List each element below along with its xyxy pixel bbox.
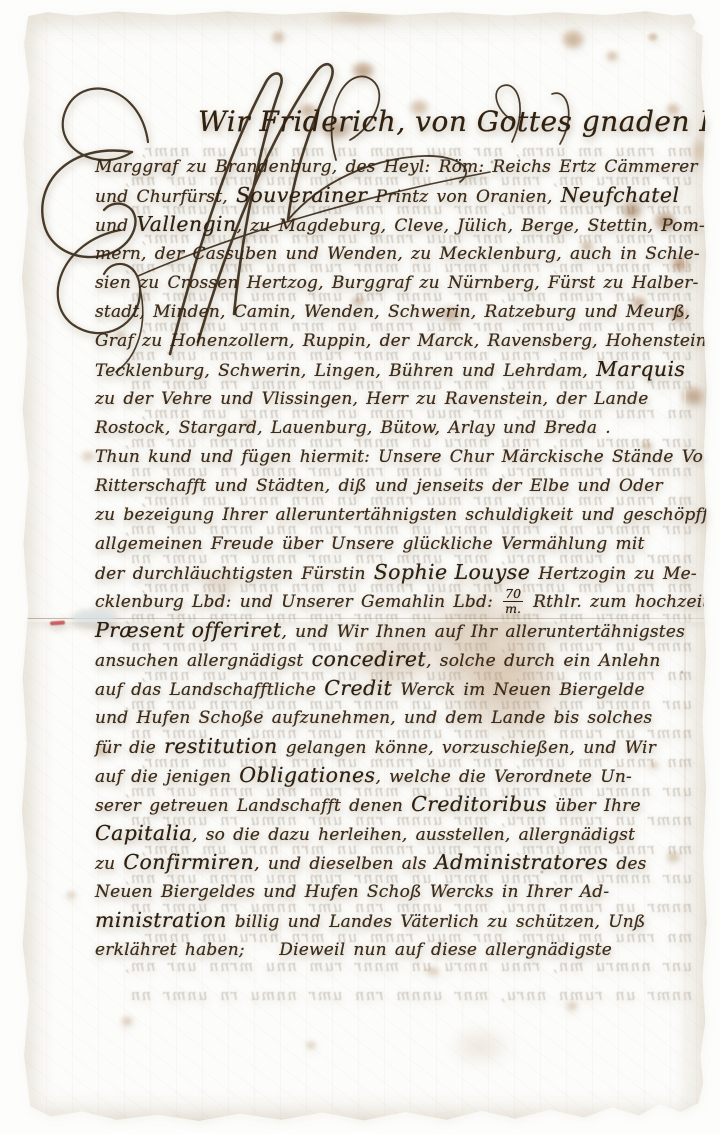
latin-script-word: Souverainer: [236, 183, 367, 207]
manuscript-page: mn rnnu nm unrm, nnr muu rnnm un mrn nnr…: [20, 10, 708, 1122]
foxing-stain: [605, 50, 619, 62]
latin-script-word: Neufchatel: [561, 183, 680, 207]
manuscript-line: Rostock, Stargard, Lauenburg, Bütow, Arl…: [95, 413, 695, 442]
kurrent-script-text: Werck im Neuen Biergelde: [392, 680, 645, 700]
kurrent-script-text: Rthlr. zum hochzeit: [525, 592, 709, 612]
manuscript-line: Tecklenburg, Schwerin, Lingen, Bühren un…: [95, 355, 695, 384]
manuscript-headline: Wir Friderich, von Gottes gnaden König i…: [95, 96, 695, 148]
manuscript-line: Marggraf zu Brandenburg, des Heyl: Röm: …: [95, 152, 695, 181]
kurrent-script-text: gelangen könne, vorzuschießen, und Wir: [278, 738, 656, 758]
manuscript-line: Thun kund und fügen hiermit: Unsere Chur…: [95, 442, 695, 471]
foxing-stain: [425, 965, 441, 977]
kurrent-script-text: des: [608, 854, 646, 874]
foxing-stain: [565, 1000, 579, 1012]
kurrent-script-text: Hertzogin zu Me-: [530, 564, 697, 584]
kurrent-script-text: Rostock, Stargard, Lauenburg, Bütow, Arl…: [95, 418, 611, 438]
kurrent-script-text: Thun kund und fügen hiermit: Unsere Chur…: [95, 447, 714, 467]
kurrent-script-text: auf die jenigen: [95, 767, 239, 787]
manuscript-line: erklähret haben; Dieweil nun auf diese a…: [95, 935, 695, 964]
kurrent-script-text: Neuen Biergeldes und Hufen Schoß Wercks …: [95, 882, 609, 902]
red-ink-mark: [50, 620, 65, 625]
kurrent-script-text: stadt, Minden, Camin, Wenden, Schwerin, …: [95, 302, 690, 322]
kurrent-script-text: Ritterschafft und Städten, diß und jense…: [95, 476, 663, 496]
kurrent-script-text: , und Wir Ihnen auf Ihr alleruntertähnig…: [281, 622, 685, 642]
manuscript-line: stadt, Minden, Camin, Wenden, Schwerin, …: [95, 297, 695, 326]
kurrent-script-text: allgemeinen Freude über Unsere glücklich…: [95, 534, 645, 554]
manuscript-line: cklenburg Lbd: und Unserer Gemahlin Lbd:…: [95, 587, 695, 616]
manuscript-line: allgemeinen Freude über Unsere glücklich…: [95, 529, 695, 558]
kurrent-script-text: auf das Landschafftliche: [95, 680, 324, 700]
manuscript-line: Graf zu Hohenzollern, Ruppin, der Marck,…: [95, 326, 695, 355]
manuscript-page-wrap: mn rnnu nm unrm, nnr muu rnnm un mrn nnr…: [20, 10, 708, 1122]
manuscript-line: sien zu Crossen Hertzog, Burggraf zu Nür…: [95, 268, 695, 297]
kurrent-script-text: ansuchen allergnädigst: [95, 651, 312, 671]
manuscript-line: und Vallengin, zu Magdeburg, Cleve, Jüli…: [95, 210, 695, 239]
scanned-document-background: mn rnnu nm unrm, nnr muu rnnm un mrn nnr…: [0, 0, 720, 1134]
kurrent-script-text: Graf zu Hohenzollern, Ruppin, der Marck,…: [95, 331, 713, 351]
manuscript-line: Ritterschafft und Städten, diß und jense…: [95, 471, 695, 500]
manuscript-line: Neuen Biergeldes und Hufen Schoß Wercks …: [95, 877, 695, 906]
manuscript-line: und Hufen Schoße aufzunehmen, und dem La…: [95, 703, 695, 732]
kurrent-script-text: der durchläuchtigsten Fürstin: [95, 564, 374, 584]
foxing-stain: [305, 1040, 317, 1050]
kurrent-script-text: Tecklenburg, Schwerin, Lingen, Bühren un…: [95, 361, 596, 381]
kurrent-script-text: , welche die Verordnete Un-: [375, 767, 631, 787]
kurrent-script-text: , solche durch ein Anlehn: [426, 651, 660, 671]
foxing-stain: [560, 28, 586, 50]
latin-script-word: ministration: [95, 908, 227, 932]
kurrent-script-text: billig und Landes Väterlich zu schützen,…: [227, 912, 646, 932]
foxing-stain: [120, 1015, 134, 1027]
latin-script-word: Capitalia: [95, 821, 192, 845]
manuscript-line: und Churfürst, Souverainer Printz von Or…: [95, 181, 695, 210]
latin-script-word: Obligationes: [239, 763, 375, 787]
kurrent-script-text: und Hufen Schoße aufzunehmen, und dem La…: [95, 708, 652, 728]
manuscript-line: mern, der Cassuben und Wenden, zu Meckle…: [95, 239, 695, 268]
manuscript-text: Wir Friderich, von Gottes gnaden König i…: [95, 96, 695, 964]
manuscript-line: der durchläuchtigsten Fürstin Sophie Lou…: [95, 558, 695, 587]
manuscript-line: zu bezeigung Ihrer alleruntertähnigsten …: [95, 500, 695, 529]
foxing-stain: [270, 30, 286, 44]
bleed-through-line: nnmr un rumn nnru, mnr unnm rnn umr nnmu…: [28, 982, 692, 1011]
latin-script-word: Sophie Louyse: [374, 560, 531, 584]
kurrent-script-text: und: [95, 216, 136, 236]
kurrent-script-text: und Churfürst,: [95, 187, 236, 207]
latin-script-word: concediret: [312, 647, 427, 671]
manuscript-line: Præsent offeriret, und Wir Ihnen auf Ihr…: [95, 616, 695, 645]
manuscript-line: auf das Landschafftliche Credit Werck im…: [95, 674, 695, 703]
manuscript-line: Capitalia, so die dazu herleihen, ausste…: [95, 819, 695, 848]
kurrent-script-text: zu: [95, 854, 123, 874]
kurrent-script-text: , so die dazu herleihen, ausstellen, all…: [192, 825, 635, 845]
latin-script-word: restitution: [164, 734, 277, 758]
latin-script-word: Administratores: [435, 850, 609, 874]
kurrent-script-text: zu der Vehre und Vlissingen, Herr zu Rav…: [95, 389, 648, 409]
manuscript-line: auf die jenigen Obligationes, welche die…: [95, 761, 695, 790]
foxing-stain: [647, 32, 659, 42]
latin-script-word: Præsent offeriret: [95, 618, 281, 642]
kurrent-script-text: sien zu Crossen Hertzog, Burggraf zu Nür…: [95, 273, 699, 293]
latin-script-word: Marquis: [596, 357, 685, 381]
foxing-stain: [350, 60, 376, 80]
latin-script-word: Confirmiren: [123, 850, 254, 874]
kurrent-script-text: Marggraf zu Brandenburg, des Heyl: Röm: …: [95, 157, 698, 177]
latin-script-word: Creditoribus: [411, 792, 547, 816]
foxing-stain: [450, 1030, 510, 1060]
foxing-stain: [320, 10, 400, 24]
kurrent-script-text: zu bezeigung Ihrer alleruntertähnigsten …: [95, 505, 720, 525]
kurrent-script-text: erklähret haben; Dieweil nun auf diese a…: [95, 940, 612, 960]
manuscript-line: ministration billig und Landes Väterlich…: [95, 906, 695, 935]
kurrent-script-text: Printz von Oranien,: [367, 187, 560, 207]
foxing-stain: [65, 890, 77, 900]
kurrent-script-text: mern, der Cassuben und Wenden, zu Meckle…: [95, 244, 700, 264]
manuscript-line: serer getreuen Landschafft denen Credito…: [95, 790, 695, 819]
foxing-stain: [80, 450, 96, 462]
manuscript-line: ansuchen allergnädigst concediret, solch…: [95, 645, 695, 674]
dowry-sum-fraction: 70m.: [503, 588, 523, 616]
manuscript-line: zu der Vehre und Vlissingen, Herr zu Rav…: [95, 384, 695, 413]
manuscript-line: für die restitution gelangen könne, vorz…: [95, 732, 695, 761]
kurrent-script-text: serer getreuen Landschafft denen: [95, 796, 411, 816]
kurrent-script-text: , und dieselben als: [254, 854, 435, 874]
kurrent-script-text: cklenburg Lbd: und Unserer Gemahlin Lbd:: [95, 592, 501, 612]
latin-script-word: Vallengin: [136, 212, 236, 236]
kurrent-script-text: über Ihre: [547, 796, 641, 816]
latin-script-word: Credit: [324, 676, 392, 700]
kurrent-script-text: , zu Magdeburg, Cleve, Jülich, Berge, St…: [237, 216, 705, 236]
kurrent-script-text: für die: [95, 738, 164, 758]
manuscript-line: zu Confirmiren, und dieselben als Admini…: [95, 848, 695, 877]
